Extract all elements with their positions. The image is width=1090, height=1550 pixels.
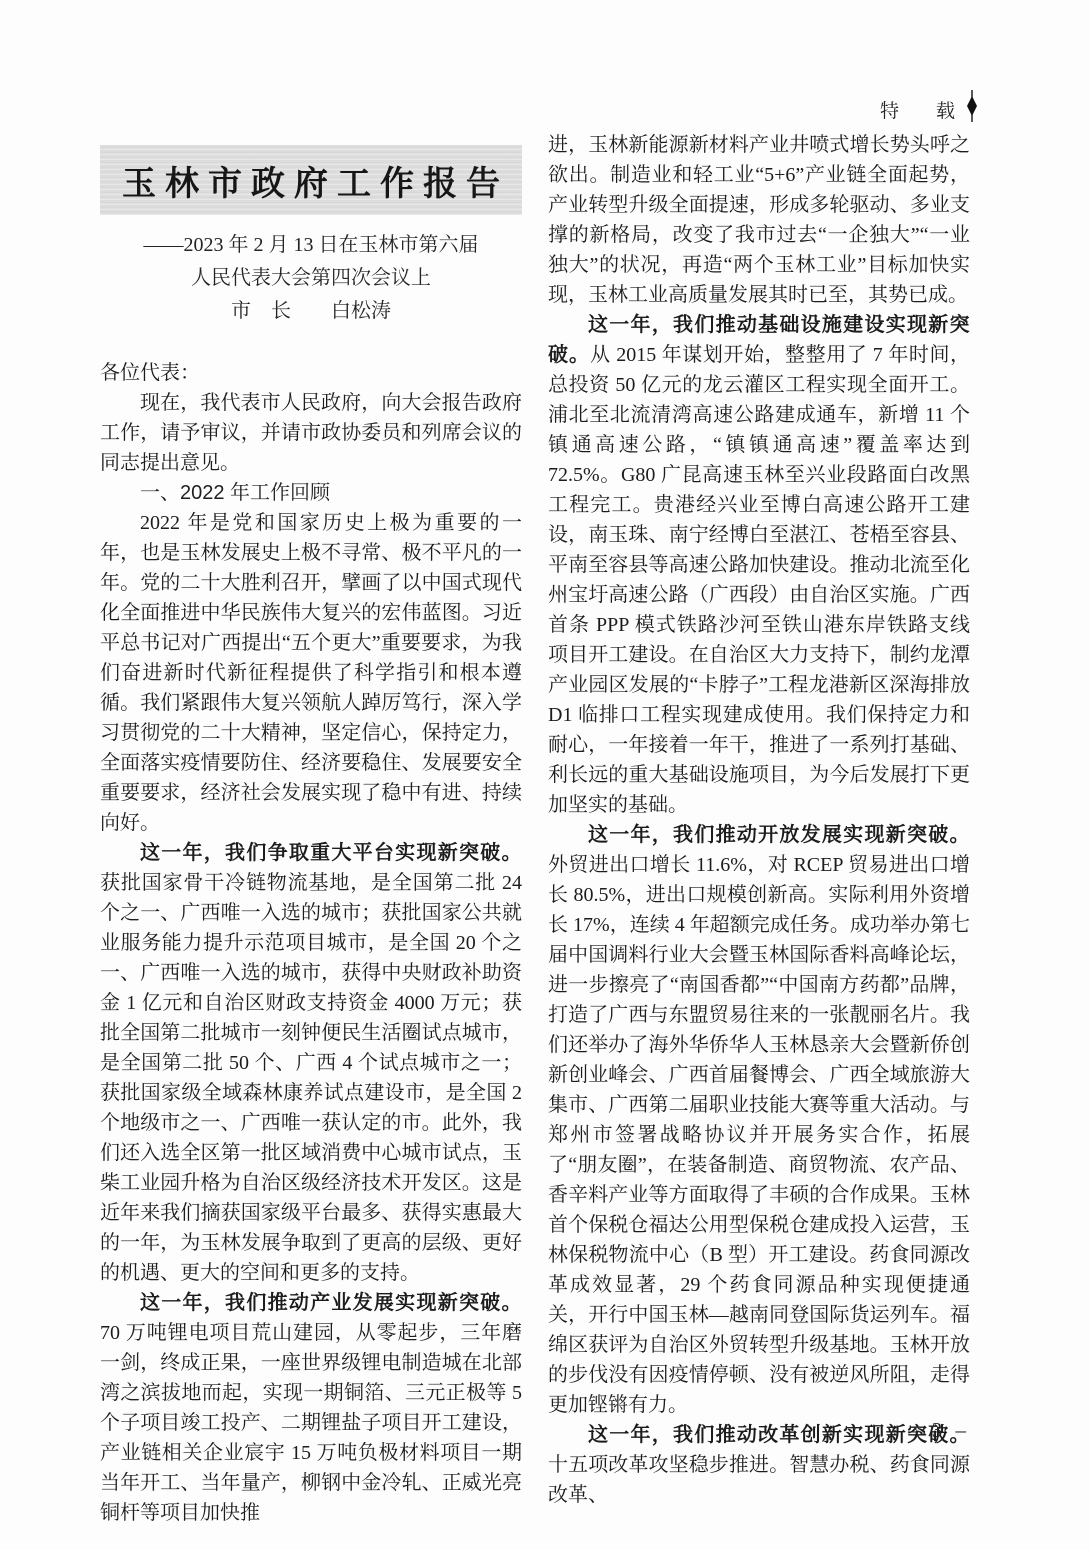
paragraph: 这一年，我们推动开放发展实现新突破。外贸进出口增长 11.6%，对 RCEP 贸…: [548, 820, 970, 1420]
document-page: 特 载 玉林市政府工作报告 ——2023 年 2 月 13 日在玉林市第六届 人…: [0, 0, 1090, 1550]
paragraph-text: 从 2015 年谋划开始，整整用了 7 年时间，总投资 50 亿元的龙云灌区工程…: [548, 344, 970, 816]
paragraph-text: 2022 年是党和国家历史上极为重要的一年，也是玉林发展史上极不寻常、极不平凡的…: [100, 512, 522, 834]
paragraph: 这一年，我们推动产业发展实现新突破。70 万吨锂电项目荒山建园，从零起步，三年磨…: [100, 1288, 522, 1528]
section-heading-2022-review: 一、2022 年工作回顾: [100, 478, 522, 508]
paragraph: 现在，我代表市人民政府，向大会报告政府工作，请予审议，并请市政协委员和列席会议的…: [100, 388, 522, 478]
column-left: 各位代表： 现在，我代表市人民政府，向大会报告政府工作，请予审议，并请市政协委员…: [100, 358, 522, 1528]
paragraph-text: 进，玉林新能源新材料产业井喷式增长势头呼之欲出。制造业和轻工业“5+6”产业链全…: [548, 134, 970, 306]
paragraph: 2022 年是党和国家历史上极为重要的一年，也是玉林发展史上极不寻常、极不平凡的…: [100, 508, 522, 838]
paragraph-lead: 这一年，我们推动开放发展实现新突破。: [588, 824, 970, 846]
running-head: 特 载: [880, 90, 978, 128]
masthead: 玉林市政府工作报告 ——2023 年 2 月 13 日在玉林市第六届 人民代表大…: [100, 145, 522, 328]
paragraph-continuation: 进，玉林新能源新材料产业井喷式增长势头呼之欲出。制造业和轻工业“5+6”产业链全…: [548, 130, 970, 310]
column-right: 进，玉林新能源新材料产业井喷式增长势头呼之欲出。制造业和轻工业“5+6”产业链全…: [548, 130, 970, 1510]
report-title: 玉林市政府工作报告: [113, 156, 509, 205]
paragraph-text: 各位代表：: [100, 362, 200, 384]
paragraph: 这一年，我们争取重大平台实现新突破。获批国家骨干冷链物流基地，是全国第二批 24…: [100, 838, 522, 1288]
subtitle-line-congress: 人民代表大会第四次会议上: [100, 262, 522, 295]
paragraph-lead: 这一年，我们争取重大平台实现新突破。: [140, 842, 522, 864]
salutation: 各位代表：: [100, 358, 522, 388]
page-number: – 3 –: [908, 1418, 970, 1443]
paragraph-text: 十五项改革攻坚稳步推进。智慧办税、药食同源改革、: [548, 1454, 970, 1506]
paragraph-text: 现在，我代表市人民政府，向大会报告政府工作，请予审议，并请市政协委员和列席会议的…: [100, 392, 522, 474]
paragraph-text: 70 万吨锂电项目荒山建园，从零起步，三年磨一剑，终成正果，一座世界级锂电制造城…: [100, 1322, 522, 1524]
subtitle-line-mayor: 市 长 白松涛: [100, 295, 522, 328]
running-head-label: 特 载: [880, 96, 964, 123]
report-title-box: 玉林市政府工作报告: [100, 145, 522, 215]
paragraph: 这一年，我们推动改革创新实现新突破。十五项改革攻坚稳步推进。智慧办税、药食同源改…: [548, 1420, 970, 1510]
paragraph-text: 外贸进出口增长 11.6%，对 RCEP 贸易进出口增长 80.5%，进出口规模…: [548, 854, 970, 1416]
report-subtitle: ——2023 年 2 月 13 日在玉林市第六届 人民代表大会第四次会议上 市 …: [100, 229, 522, 328]
paragraph: 这一年，我们推动基础设施建设实现新突破。从 2015 年谋划开始，整整用了 7 …: [548, 310, 970, 820]
paragraph-text: 获批国家骨干冷链物流基地，是全国第二批 24 个之一、广西唯一入选的城市；获批国…: [100, 872, 522, 1284]
diamond-with-line-icon: [966, 90, 978, 128]
subtitle-line-date: ——2023 年 2 月 13 日在玉林市第六届: [100, 229, 522, 262]
paragraph-lead: 这一年，我们推动产业发展实现新突破。: [140, 1292, 522, 1314]
